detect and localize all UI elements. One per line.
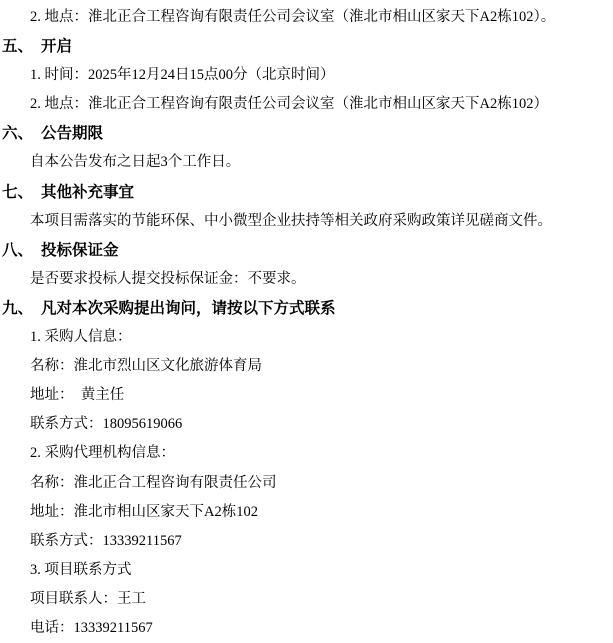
paragraph: 2. 地点：淮北正合工程咨询有限责任公司会议室（淮北市相山区家天下A2栋102）… (2, 3, 607, 32)
paragraph: 地址： 黄主任 (2, 381, 607, 410)
section-heading: 七、其他补充事宜 (2, 178, 607, 207)
heading-title: 公告期限 (41, 125, 103, 142)
paragraph: 名称：淮北正合工程咨询有限责任公司 (2, 469, 607, 498)
heading-number: 七、 (2, 184, 33, 201)
section-heading: 五、开启 (2, 32, 607, 61)
paragraph: 联系方式：13339211567 (2, 527, 607, 556)
document-body: 2. 地点：淮北正合工程咨询有限责任公司会议室（淮北市相山区家天下A2栋102）… (2, 3, 607, 643)
paragraph: 1. 时间：2025年12月24日15点00分（北京时间） (2, 61, 607, 90)
heading-title: 凡对本次采购提出询问，请按以下方式联系 (41, 300, 336, 317)
paragraph: 2. 地点：淮北正合工程咨询有限责任公司会议室（淮北市相山区家天下A2栋102） (2, 90, 607, 119)
paragraph: 是否要求投标人提交投标保证金：不要求。 (2, 265, 607, 294)
section-heading: 六、公告期限 (2, 119, 607, 148)
heading-number: 五、 (2, 38, 33, 55)
paragraph: 本项目需落实的节能环保、中小微型企业扶持等相关政府采购政策详见磋商文件。 (2, 207, 607, 236)
heading-number: 八、 (2, 242, 33, 259)
paragraph: 项目联系人：王工 (2, 585, 607, 614)
paragraph: 电话：13339211567 (2, 614, 607, 643)
announcement-document: 2. 地点：淮北正合工程咨询有限责任公司会议室（淮北市相山区家天下A2栋102）… (0, 0, 613, 643)
heading-title: 其他补充事宜 (41, 184, 134, 201)
section-heading: 九、凡对本次采购提出询问，请按以下方式联系 (2, 294, 607, 323)
paragraph: 1. 采购人信息： (2, 323, 607, 352)
heading-number: 六、 (2, 125, 33, 142)
paragraph: 2. 采购代理机构信息： (2, 439, 607, 468)
paragraph: 名称：淮北市烈山区文化旅游体育局 (2, 352, 607, 381)
heading-number: 九、 (2, 300, 33, 317)
paragraph: 自本公告发布之日起3个工作日。 (2, 148, 607, 177)
heading-title: 投标保证金 (41, 242, 119, 259)
heading-title: 开启 (41, 38, 72, 55)
section-heading: 八、投标保证金 (2, 236, 607, 265)
paragraph: 联系方式：18095619066 (2, 410, 607, 439)
paragraph: 3. 项目联系方式 (2, 556, 607, 585)
paragraph: 地址：淮北市相山区家天下A2栋102 (2, 498, 607, 527)
